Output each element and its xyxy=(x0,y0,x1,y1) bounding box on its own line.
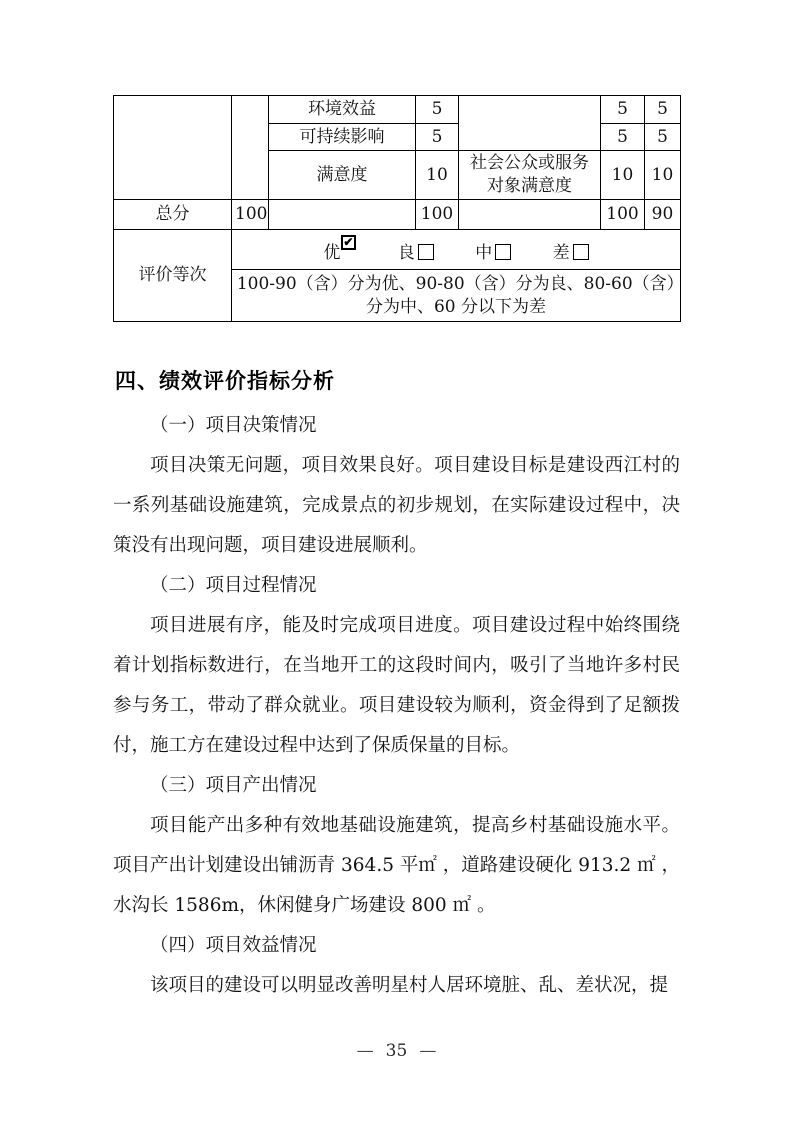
footer-right-dash: — xyxy=(419,1041,436,1061)
empty-weight-cell xyxy=(232,96,269,200)
footer-left-dash: — xyxy=(357,1041,374,1061)
total-value-cell: 100 xyxy=(232,200,269,230)
empty-cell xyxy=(459,200,601,230)
page-footer: —35— xyxy=(0,1041,793,1061)
grade-option-label: 良 xyxy=(398,243,415,263)
score-table: 环境效益 5 5 5 可持续影响 5 5 5 满意度 10 社会公众或服务对象满… xyxy=(113,95,681,322)
table-row: 环境效益 5 5 5 xyxy=(114,96,681,124)
total-label-cell: 总分 xyxy=(114,200,232,230)
indicator-name-cell: 可持续影响 xyxy=(269,124,416,151)
grade-option-poor: 差 xyxy=(553,243,589,263)
paragraph: 项目决策无问题，项目效果良好。项目建设目标是建设西江村的一系列基础设施建筑，完成… xyxy=(113,446,680,566)
grade-option-label: 优 xyxy=(323,243,340,263)
paragraph: 该项目的建设可以明显改善明星村人居环境脏、乱、差状况，提 xyxy=(113,966,680,1006)
indicator-value-cell: 5 xyxy=(601,124,645,151)
checkbox-poor-icon xyxy=(573,244,589,260)
total-row: 总分 100 100 100 90 xyxy=(114,200,681,230)
grade-option-label: 中 xyxy=(475,243,492,263)
paragraph: 项目进展有序，能及时完成项目进度。项目建设过程中始终围绕着计划指标数进行，在当地… xyxy=(113,606,680,766)
total-value-cell: 100 xyxy=(601,200,645,230)
page-number: 35 xyxy=(386,1041,408,1061)
subsection-title: （二）项目过程情况 xyxy=(113,566,680,606)
checkbox-good-icon xyxy=(418,244,434,260)
checkbox-medium-icon xyxy=(495,244,511,260)
indicator-name-cell: 环境效益 xyxy=(269,96,416,124)
indicator-score-cell: 10 xyxy=(416,151,459,200)
indicator-value-cell: 10 xyxy=(601,151,645,200)
indicator-value-cell: 5 xyxy=(645,96,681,124)
empty-cell xyxy=(269,200,416,230)
grade-option-medium: 中 xyxy=(475,243,511,263)
total-value-cell: 100 xyxy=(416,200,459,230)
empty-category-cell xyxy=(114,96,232,200)
grade-label-cell: 评价等次 xyxy=(114,230,232,322)
indicator-name-cell: 满意度 xyxy=(269,151,416,200)
section-heading: 四、绩效评价指标分析 xyxy=(115,366,680,396)
indicator-value-cell: 5 xyxy=(645,124,681,151)
subsection-title: （三）项目产出情况 xyxy=(113,766,680,806)
grade-note-cell: 100-90（含）分为优、90-80（含）分为良、80-60（含）分为中、60 … xyxy=(232,270,681,322)
grade-option-label: 差 xyxy=(553,243,570,263)
indicator-score-cell: 5 xyxy=(416,96,459,124)
indicator-score-cell: 5 xyxy=(416,124,459,151)
grade-row: 评价等次 优 良 中 差 xyxy=(114,230,681,270)
grade-option-excellent: 优 xyxy=(323,243,356,263)
indicator-detail-cell: 社会公众或服务对象满意度 xyxy=(459,151,601,200)
document-page: 环境效益 5 5 5 可持续影响 5 5 5 满意度 10 社会公众或服务对象满… xyxy=(0,0,793,1122)
paragraph: 项目能产出多种有效地基础设施建筑，提高乡村基础设施水平。项目产出计划建设出铺沥青… xyxy=(113,806,680,926)
subsection-title: （四）项目效益情况 xyxy=(113,926,680,966)
indicator-value-cell: 10 xyxy=(645,151,681,200)
empty-detail-cell xyxy=(459,96,601,151)
subsection-title: （一）项目决策情况 xyxy=(113,406,680,446)
checkbox-excellent-icon xyxy=(341,235,356,250)
indicator-value-cell: 5 xyxy=(601,96,645,124)
final-score-cell: 90 xyxy=(645,200,681,230)
grade-options-cell: 优 良 中 差 xyxy=(232,230,681,270)
document-body: （一）项目决策情况 项目决策无问题，项目效果良好。项目建设目标是建设西江村的一系… xyxy=(113,406,680,1006)
grade-option-good: 良 xyxy=(398,243,434,263)
